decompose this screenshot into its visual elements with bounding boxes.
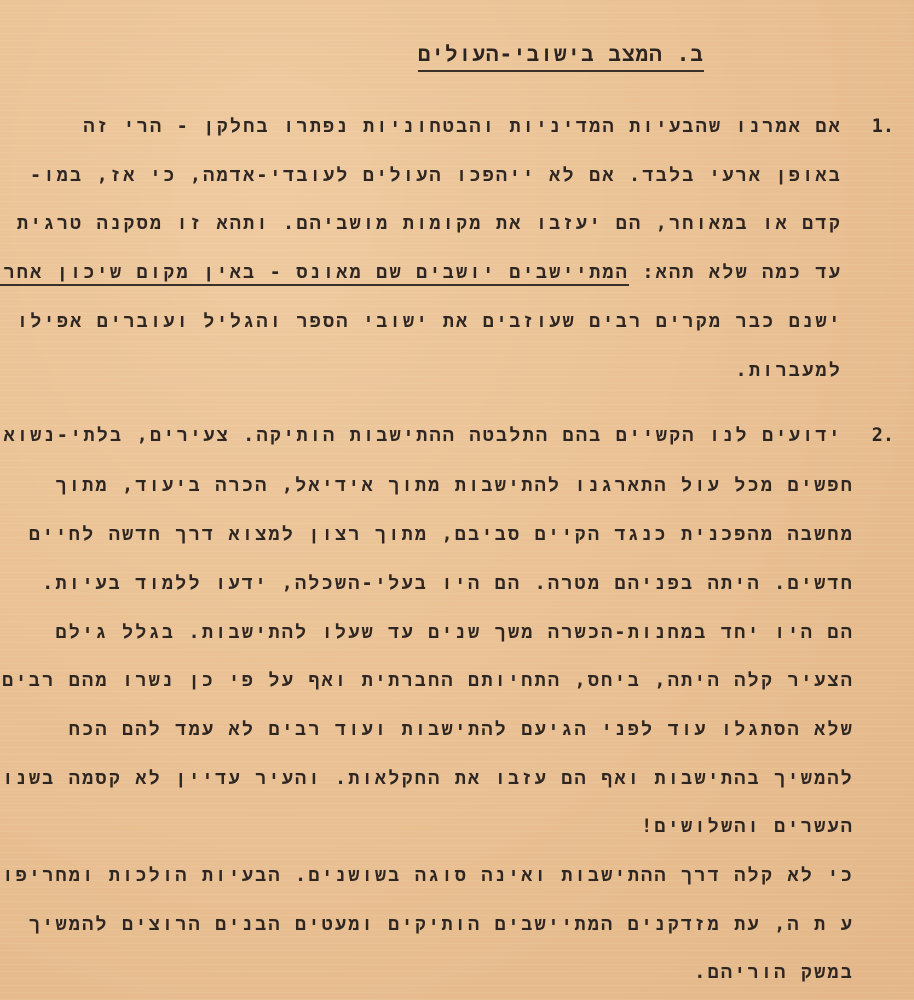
- paragraph-2-line-1: ידועים לנו הקשיים בהם התלבטה ההתישבות הו…: [0, 425, 842, 447]
- paragraph-2-line-5: הם היו יחד במחנות-הכשרה משך שנים עד שעלו…: [55, 622, 854, 644]
- line-4-prefix: עד כמה שלא תהא:: [629, 262, 842, 283]
- paragraph-2-line-4: חדשים. היתה בפניהם מטרה. הם היו בעלי-השכ…: [42, 573, 854, 595]
- paragraph-2-line-11: ע ת ה, עת מזדקנים המתיישבים הותיקים ומעט…: [29, 914, 854, 936]
- paragraph-1-line-1: אם אמרנו שהבעיות המדיניות והבטחוניות נפת…: [83, 116, 842, 138]
- paragraph-2-line-12: במשק הוריהם.: [694, 962, 854, 984]
- paragraph-2-line-6: הצעיר קלה היתה, ביחס, התחיותם החברתית וא…: [2, 670, 854, 692]
- paragraph-2-line-8: להמשיך בהתישבות ואף הם עזבו את החקלאות. …: [0, 768, 854, 790]
- paragraph-1-line-3: קדם או במאוחר, הם יעזבו את מקומות מושביה…: [17, 213, 842, 235]
- section-letter: ב.: [677, 42, 704, 66]
- section-heading: ב.המצב בישובי-העולים: [418, 42, 704, 72]
- section-title: המצב בישובי-העולים: [418, 42, 663, 66]
- paragraph-1-number: 1.: [872, 116, 894, 137]
- typewritten-page: ב.המצב בישובי-העולים 1. אם אמרנו שהבעיות…: [0, 0, 914, 1000]
- paragraph-1-line-2: באופן ארעי בלבד. אם לא ייהפכו העולים לעו…: [30, 165, 842, 187]
- paragraph-2-line-2: חפשים מכל עול התארגנו להתישבות מתוך אידי…: [55, 475, 854, 497]
- paragraph-2-line-10: כי לא קלה דרך ההתישבות ואינה סוגה בשושני…: [0, 865, 854, 887]
- paragraph-1-line-4: עד כמה שלא תהא: המתיישבים יושבים שם מאונ…: [0, 262, 842, 284]
- underlined-conclusion: המתיישבים יושבים שם מאונס - באין מקום שי…: [0, 262, 629, 286]
- paragraph-2-line-9: העשרים והשלושים!: [641, 816, 854, 838]
- paragraph-2-number: 2.: [872, 425, 894, 446]
- paragraph-2-line-7: שלא הסתגלו עוד לפני הגיעם להתישבות ועוד …: [69, 719, 854, 741]
- paragraph-2-line-3: מחשבה מהפכנית כנגד הקיים סביבם, מתוך רצו…: [29, 524, 854, 546]
- paragraph-1-line-5: ישנם כבר מקרים רבים שעוזבים את ישובי הספ…: [17, 311, 842, 333]
- paragraph-1-line-6: למעברות.: [736, 360, 842, 382]
